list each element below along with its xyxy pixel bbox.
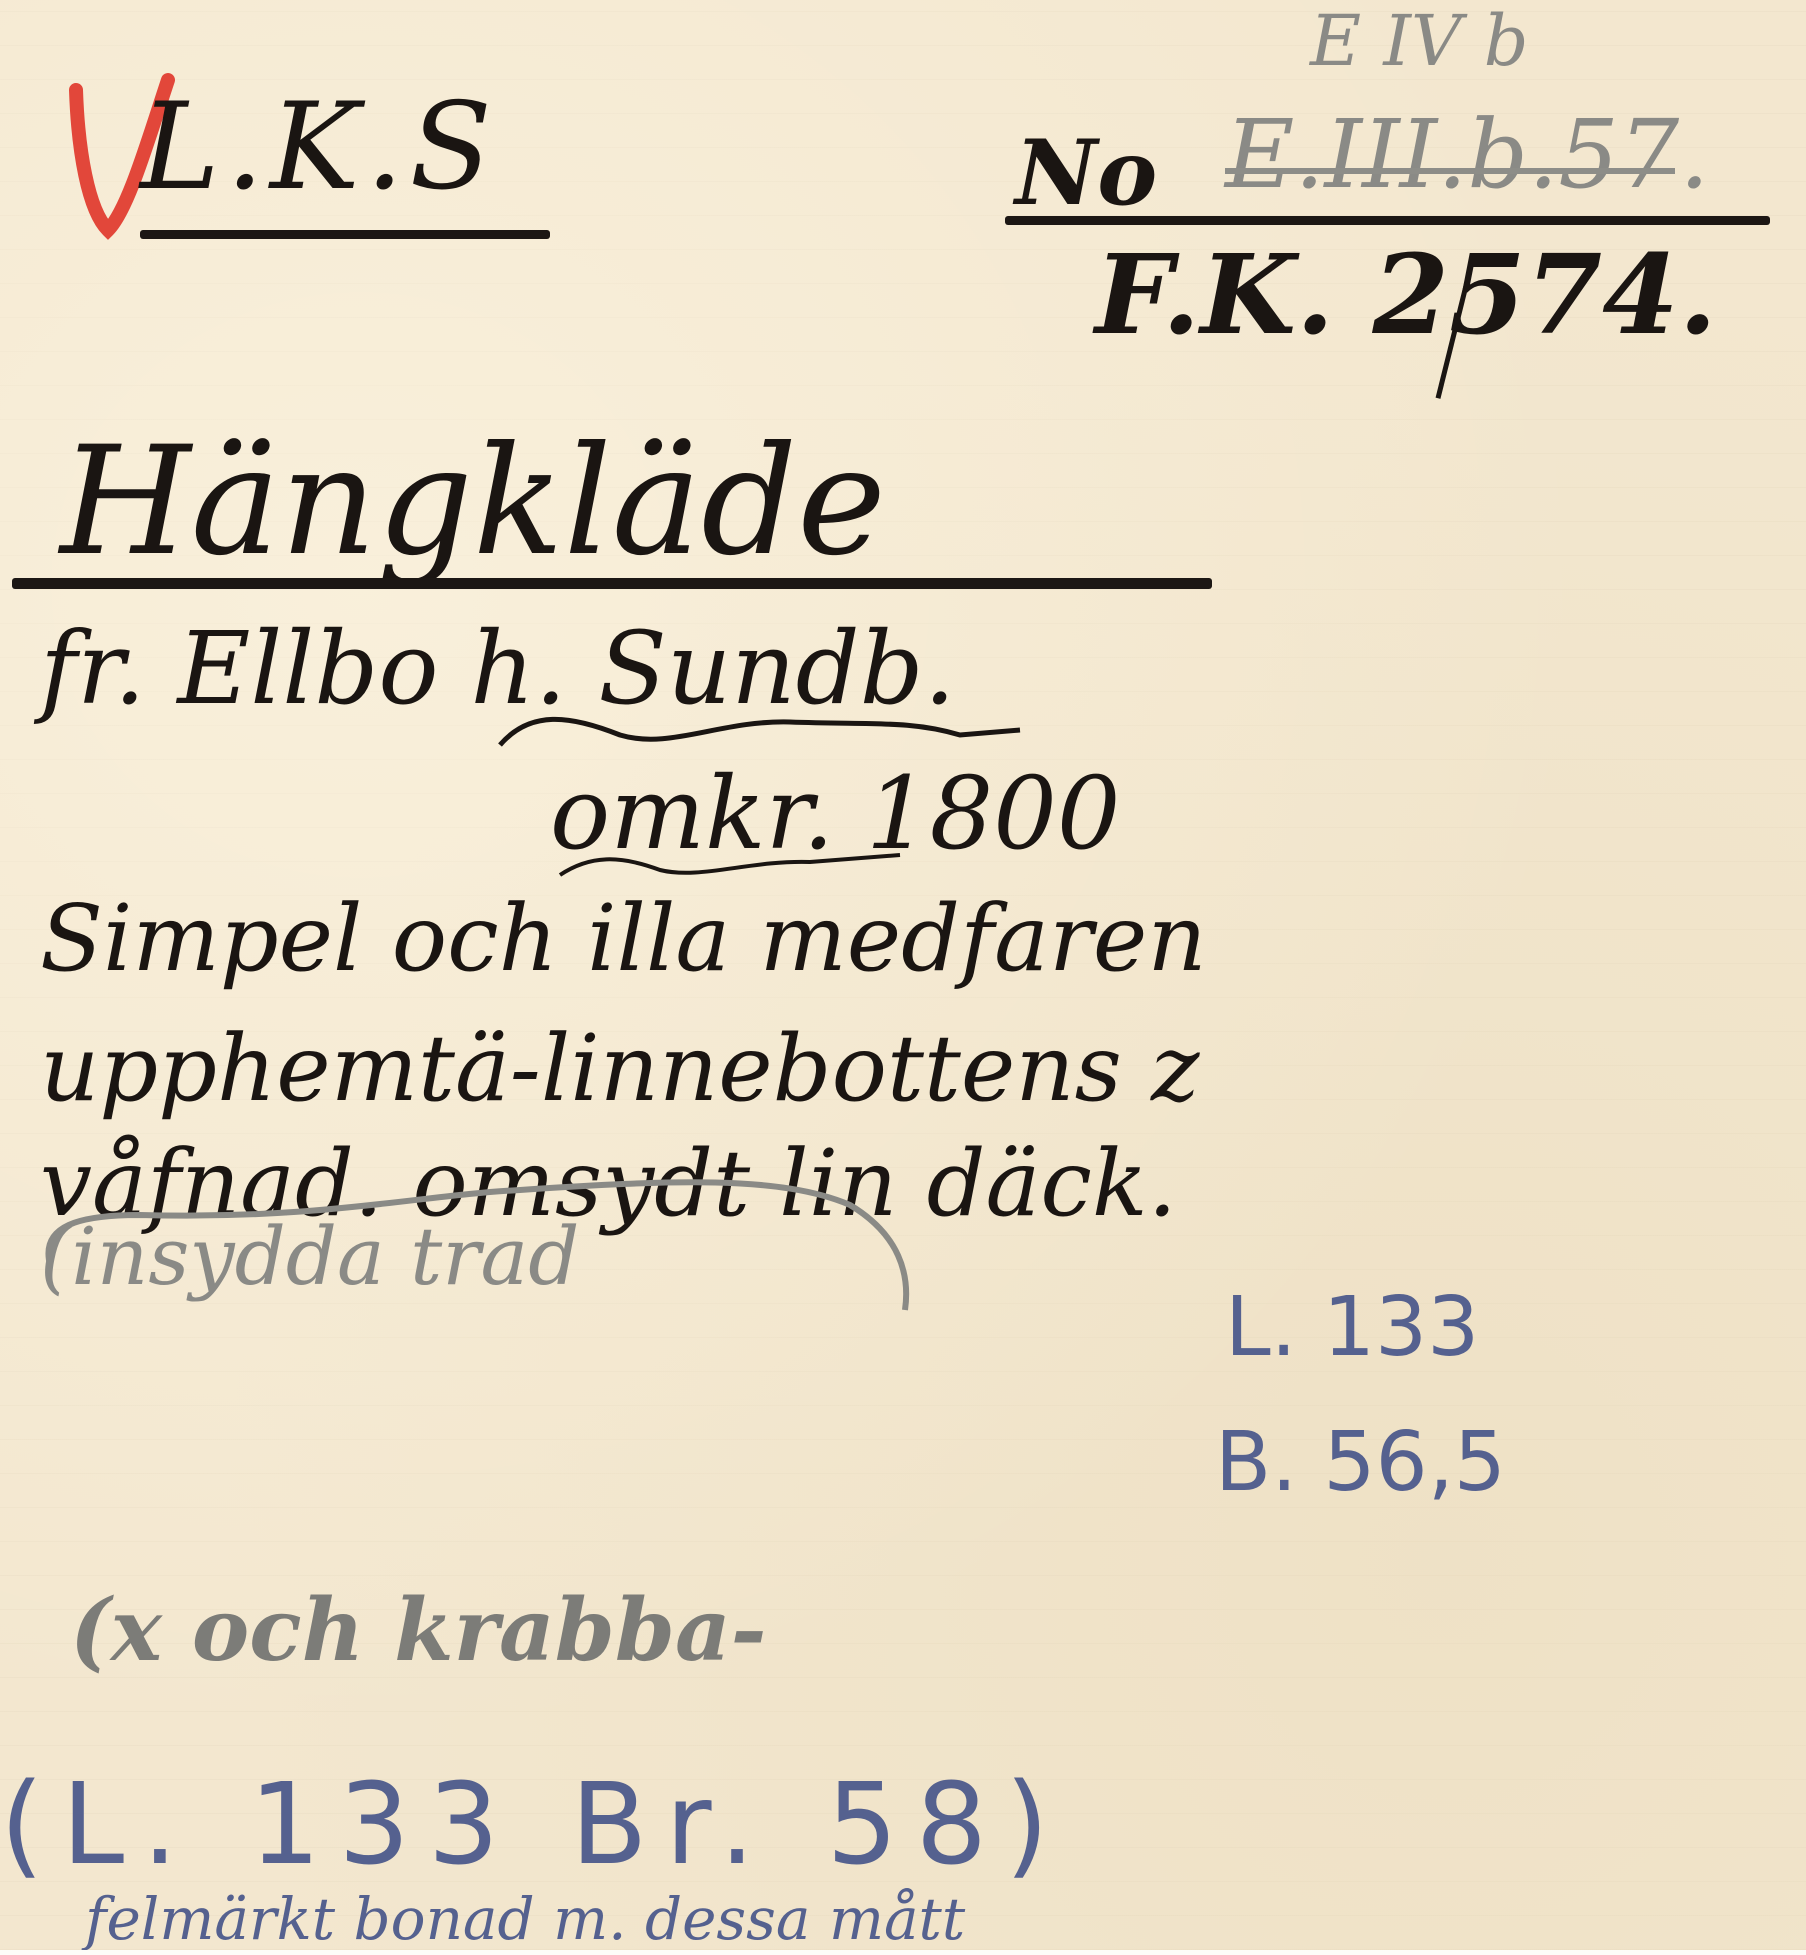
description-line-2: upphemtä-linnebottens z	[40, 1015, 1200, 1122]
description-line-1: Simpel och illa medfaren	[40, 885, 1207, 992]
index-card: L.K.S E IV b No E.III.b.57. F.K. 2574. H…	[0, 0, 1806, 1950]
decorative-wave-divider-small	[550, 850, 910, 880]
new-classification: E IV b	[1310, 0, 1529, 82]
collection-underline	[140, 230, 550, 239]
pencil-annotation-2: (x och krabba-	[70, 1580, 766, 1681]
strikethrough-line	[1225, 168, 1675, 174]
pencil-annotation: (insydda trad	[40, 1210, 579, 1303]
dimension-width: B. 56,5	[1215, 1415, 1506, 1510]
decorative-wave-divider	[490, 710, 1030, 750]
inventory-number: F.K. 2574.	[1095, 230, 1717, 359]
item-title: Hängkläde	[60, 415, 886, 589]
dimension-length: L. 133	[1225, 1280, 1479, 1375]
title-underline	[12, 578, 1212, 589]
corrected-dimensions: (L. 133 Br. 58)	[0, 1760, 1067, 1890]
scan-edge	[0, 1950, 1806, 1955]
number-label: No	[1015, 120, 1157, 226]
old-number-struck: E.III.b.57.	[1225, 100, 1709, 210]
correction-note: felmärkt bonad m. dessa mått	[85, 1885, 965, 1950]
collection-code: L.K.S	[140, 78, 498, 217]
number-underline	[1005, 216, 1770, 225]
